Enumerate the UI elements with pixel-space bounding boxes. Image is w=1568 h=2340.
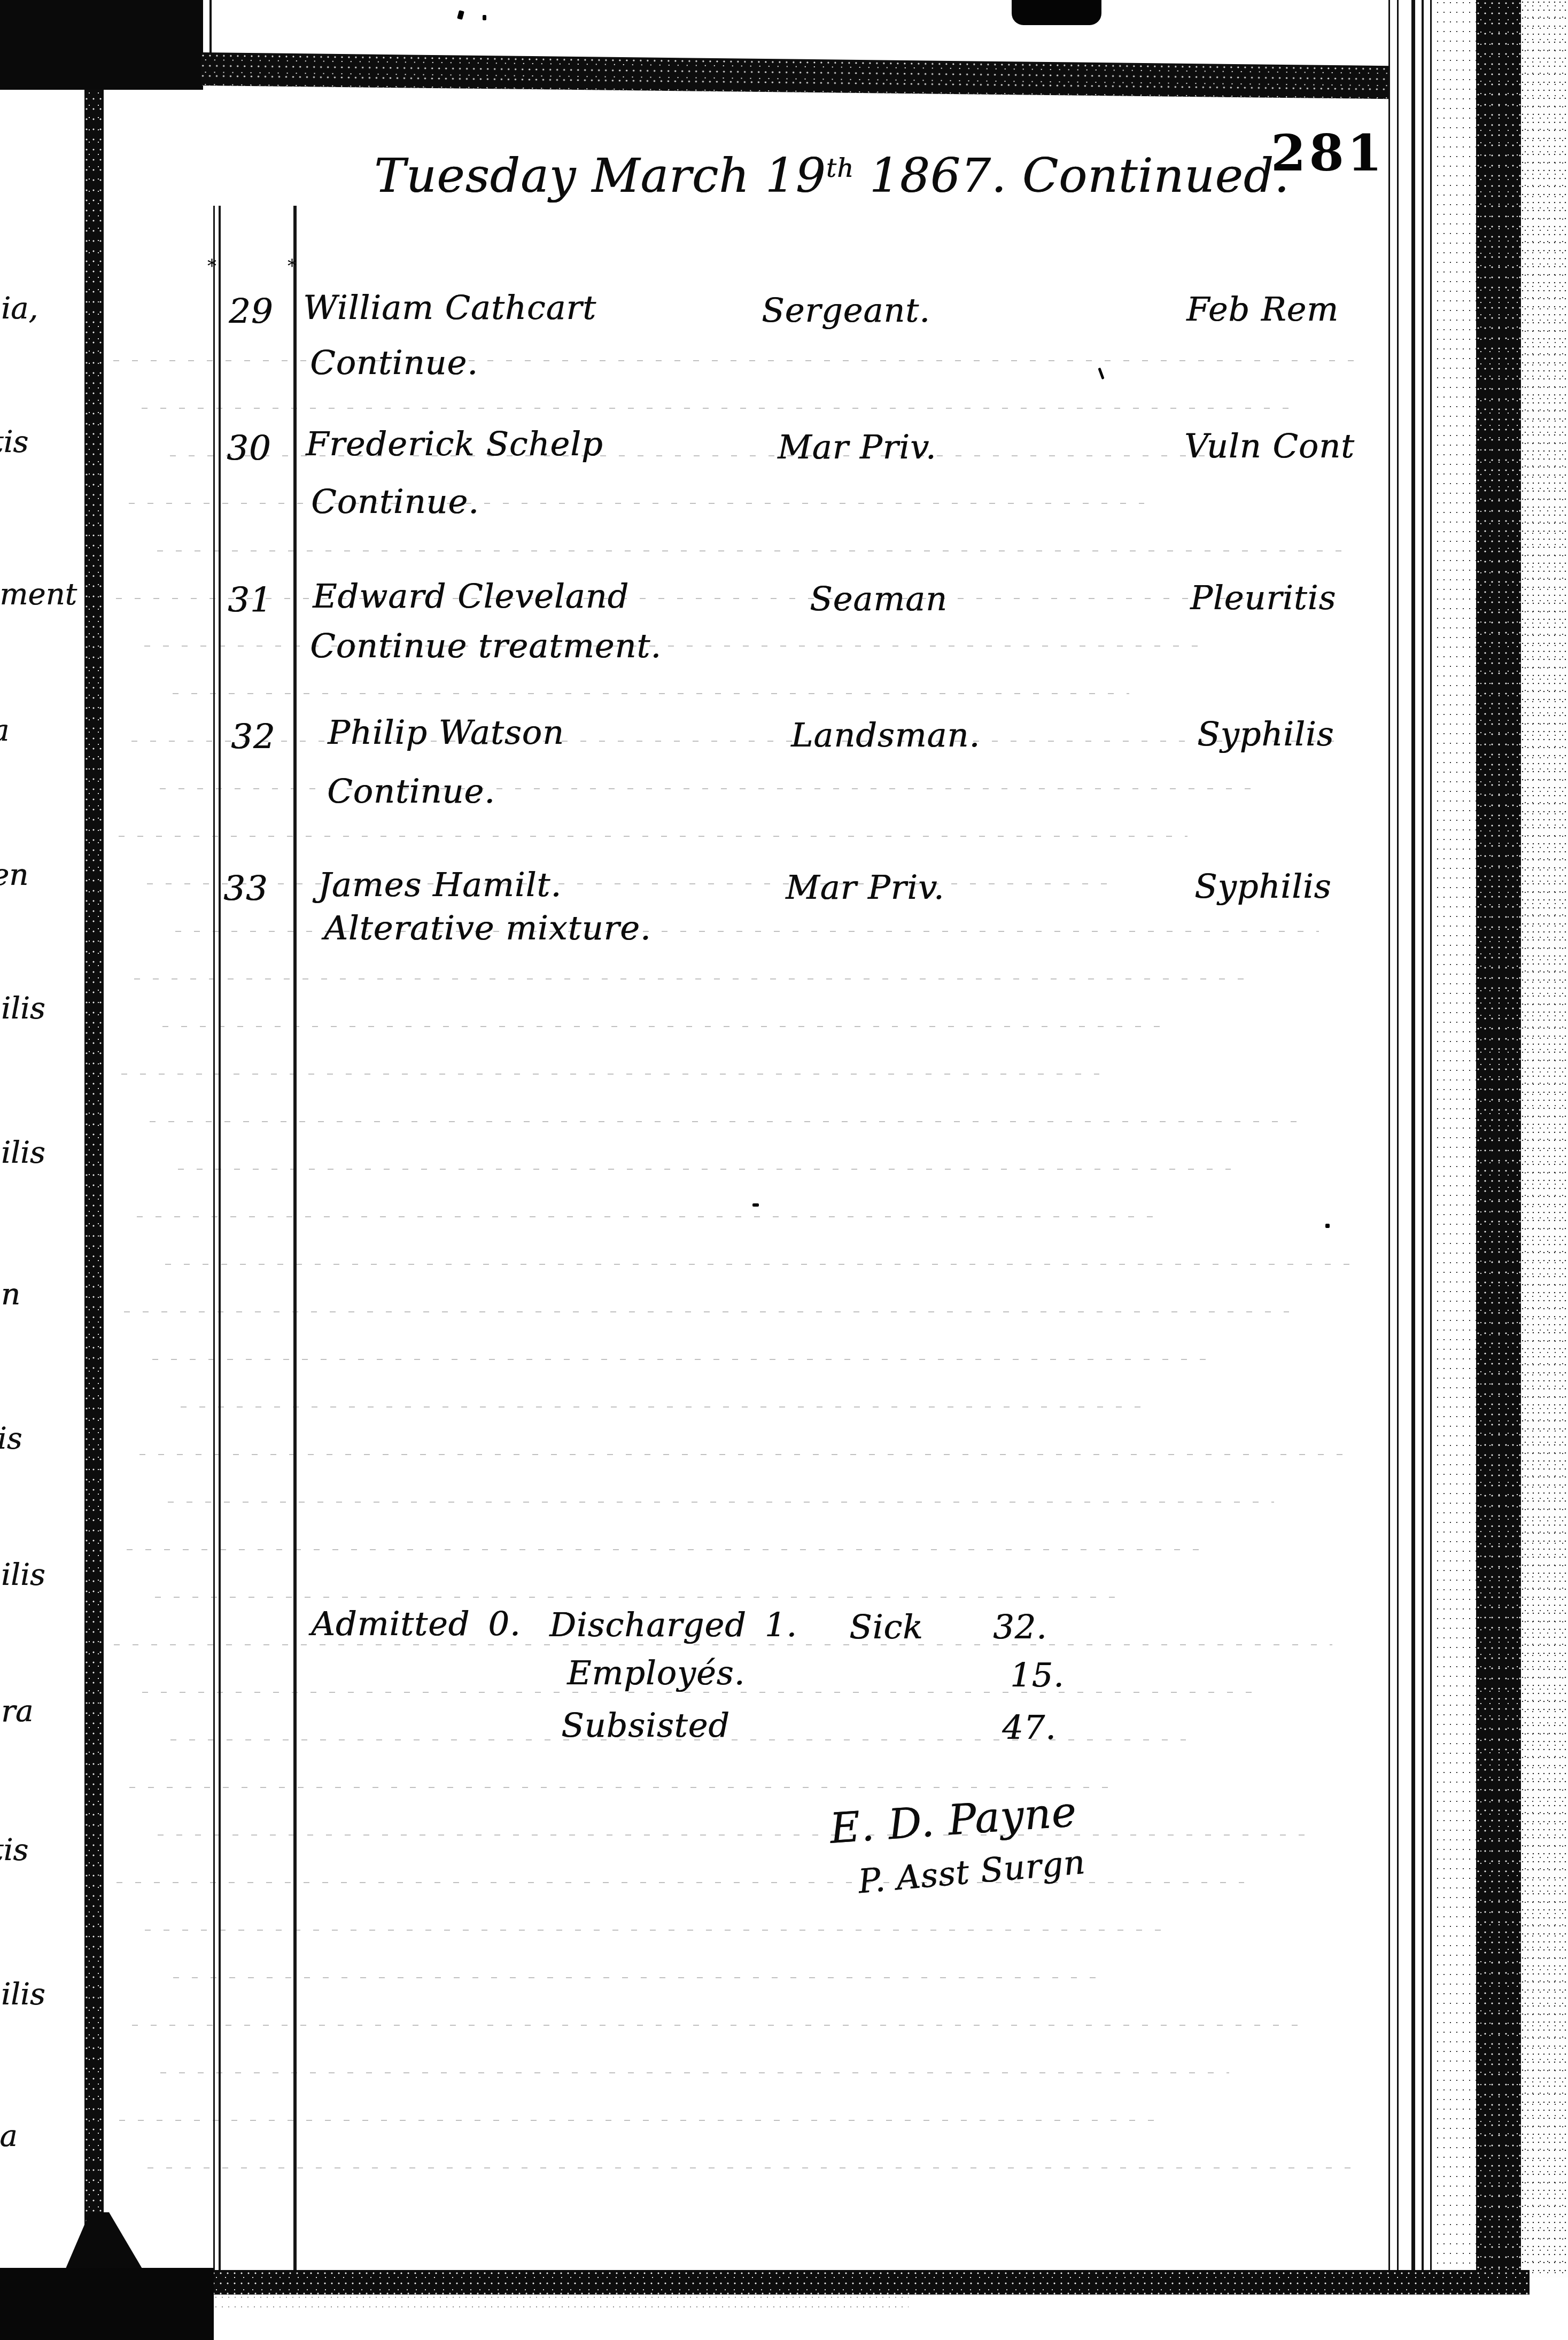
entry-name: James Hamilt. — [318, 868, 562, 901]
ink-fleck — [752, 1203, 759, 1207]
entry-diagnosis: Vuln Cont — [1184, 430, 1355, 463]
ink-fleck — [1098, 368, 1104, 379]
ruled-line — [155, 1597, 1128, 1598]
entry-number: 31 — [228, 584, 272, 618]
ruled-line — [117, 1882, 1244, 1883]
signature-name: E. D. Payne — [828, 1791, 1078, 1850]
ruled-line — [124, 1311, 1289, 1312]
bottom-fringe — [214, 2295, 909, 2307]
entry-name: Edward Cleveland — [313, 580, 629, 613]
summary-value: 0. — [488, 1604, 521, 1643]
rule-tick-mark: * — [207, 255, 216, 277]
ruled-line — [129, 1787, 1113, 1788]
entry-note: Continue treatment. — [310, 629, 662, 663]
entry-rank: Sergeant. — [762, 294, 930, 327]
ruled-line — [113, 360, 1364, 361]
page-edge-line — [1422, 0, 1424, 2277]
vertical-rule-column — [293, 206, 297, 2274]
heading-text: Tuesday March 19 — [374, 148, 826, 203]
page-edge-line — [1430, 0, 1432, 2277]
vertical-rule-left-b — [219, 206, 221, 2274]
page-edge-speckle — [1435, 0, 1476, 2277]
ruled-line — [148, 2167, 1361, 2168]
scanned-ledger-page: nia, itis ement la len hilis hilis gn si… — [0, 0, 1568, 2340]
summary-employes-label: Employés. — [567, 1657, 745, 1690]
entry-number: 30 — [227, 432, 271, 466]
ruled-line — [129, 503, 1144, 504]
summary-sick-label: Sick — [849, 1611, 923, 1644]
entry-name: William Cathcart — [303, 291, 596, 324]
ruled-line — [157, 550, 1349, 551]
binding-black-strip — [1476, 0, 1521, 2277]
ruled-line — [145, 1930, 1171, 1931]
top-left-black-block — [0, 0, 203, 90]
entry-rank: Landsman. — [791, 719, 980, 752]
entry-rank: Seaman — [810, 582, 948, 616]
entry-note: Continue. — [311, 485, 479, 518]
ruled-line — [158, 1834, 1317, 1836]
entry-name: Philip Watson — [328, 716, 564, 749]
page-edge-line — [1388, 0, 1390, 2277]
ruled-line — [173, 1977, 1098, 1978]
summary-admitted: Admitted0. — [311, 1607, 521, 1641]
ink-fleck — [1325, 1224, 1330, 1228]
ruled-line — [121, 1074, 1099, 1075]
entry-diagnosis: Pleuritis — [1190, 581, 1336, 615]
page-edge-line — [1411, 0, 1415, 2277]
ruled-line — [150, 1121, 1304, 1122]
ruled-line — [131, 741, 1334, 742]
entry-rank: Mar Priv. — [778, 431, 936, 464]
entry-name: Frederick Schelp — [306, 427, 603, 461]
ruled-line — [165, 1264, 1362, 1265]
gutter-shadow — [84, 85, 104, 2274]
entry-number: 32 — [231, 720, 275, 755]
ruled-line — [147, 883, 1114, 884]
ruled-line — [137, 1216, 1158, 1217]
entry-note: Continue. — [310, 346, 478, 379]
summary-subsisted-label: Subsisted — [561, 1709, 730, 1742]
summary-subsisted-value: 47. — [1002, 1711, 1057, 1744]
top-edge-line — [209, 0, 212, 53]
ruled-line — [178, 1169, 1231, 1170]
vertical-rule-left-a — [213, 206, 215, 2274]
ink-fleck — [457, 10, 464, 20]
ink-fleck — [483, 15, 486, 20]
ruled-line — [160, 2072, 1229, 2073]
rule-tick-mark: * — [288, 255, 297, 277]
ruled-line — [173, 693, 1129, 694]
ruled-line — [181, 1406, 1143, 1408]
entry-note: Alterative mixture. — [324, 912, 651, 945]
summary-employes-value: 15. — [1010, 1659, 1065, 1692]
page-edge-line — [1397, 0, 1399, 2277]
ruled-line — [132, 2025, 1302, 2026]
bottom-edge-bar — [212, 2270, 1530, 2295]
ruled-line — [116, 598, 1276, 599]
heading-ordinal: th — [826, 153, 854, 183]
ruled-line — [144, 646, 1202, 647]
entry-diagnosis: Syphilis — [1194, 870, 1331, 903]
ruled-line — [114, 1644, 1332, 1645]
entry-note: Continue. — [327, 775, 495, 808]
ruled-line — [119, 2120, 1156, 2121]
ruled-line — [119, 836, 1187, 837]
heading-suffix: 1867. Continued. — [854, 148, 1290, 203]
entry-diagnosis: Syphilis — [1197, 718, 1334, 751]
ruled-line — [168, 1502, 1274, 1503]
date-heading: Tuesday March 19th 1867. Continued. — [374, 152, 1290, 199]
binding-outer-speckle — [1521, 0, 1568, 2277]
ruled-line — [162, 1026, 1173, 1027]
bottom-left-black-block — [0, 2268, 214, 2340]
entry-number: 29 — [229, 295, 273, 329]
summary-label: Admitted — [311, 1604, 470, 1643]
summary-label: Discharged — [549, 1605, 747, 1644]
signature-title: P. Asst Surgn — [857, 1846, 1086, 1899]
ruled-line — [134, 978, 1246, 979]
ruled-line — [139, 1454, 1347, 1455]
ruled-line — [160, 788, 1261, 789]
entry-number: 33 — [223, 872, 268, 906]
ruled-line — [127, 1549, 1201, 1550]
top-black-blob — [1012, 0, 1101, 25]
summary-value: 1. — [765, 1605, 797, 1644]
entry-diagnosis: Feb Rem — [1186, 293, 1339, 326]
ruled-line — [152, 1359, 1216, 1360]
summary-discharged: Discharged1. — [549, 1608, 797, 1642]
entry-rank: Mar Priv. — [786, 871, 944, 904]
ruled-line — [142, 408, 1291, 409]
ledger-page: * * 281 Tuesday March 19th 1867. Continu… — [0, 0, 1568, 2340]
summary-sick-value: 32. — [993, 1611, 1047, 1644]
